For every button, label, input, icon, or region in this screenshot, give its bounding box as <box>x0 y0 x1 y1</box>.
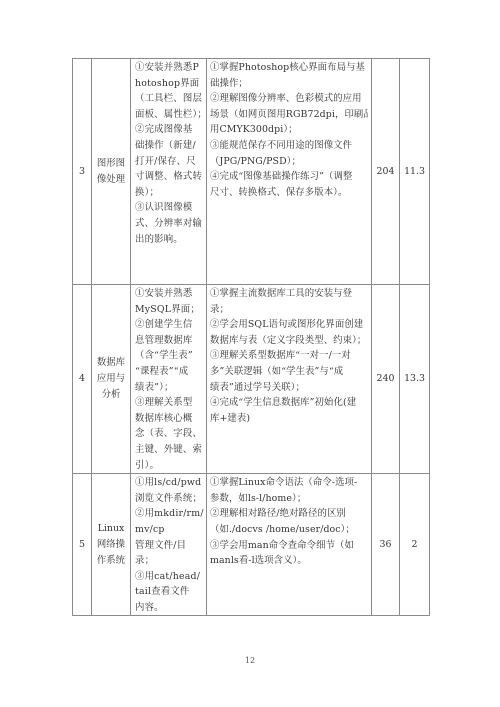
percent-cell: 11.3 <box>400 59 430 285</box>
text-line: 网络操 <box>96 537 126 553</box>
text-line: ①掌握Photoshop核心界面布局与基 <box>210 60 368 76</box>
text-line: 内容。 <box>135 600 204 616</box>
text-line: 参数，如ls-l/home）； <box>210 491 368 507</box>
row-number: 5 <box>79 539 85 550</box>
text-line: ③认识图像模 <box>135 200 204 216</box>
text-line: Linux <box>96 521 126 537</box>
hours-value: 204 <box>377 166 395 177</box>
text-line: 绩表”）； <box>135 380 204 396</box>
text-line: 换）； <box>135 185 204 201</box>
module-content: ①安装并熟悉Photoshop界面（工具栏、图层面板、属性栏）；②完成图像基础操… <box>131 59 206 247</box>
text-line: ③理解关系型数据库“一对一/一对 <box>210 348 368 364</box>
text-line: ②创建学生信 <box>135 317 204 333</box>
text-line: ②完成图像基 <box>135 122 204 138</box>
text-line: hotoshop界面 <box>135 76 204 92</box>
text-line: 作系统 <box>96 553 126 569</box>
row-number-cell: 4 <box>73 285 92 474</box>
goal-cell: ①掌握主流数据库工具的安装与登录；②学会用SQL语句或图形化界面创建数据库与表（… <box>207 285 372 474</box>
text-line: 数据库核心概 <box>135 411 204 427</box>
text-line: 引）。 <box>135 458 204 474</box>
text-line: 面板、属性栏）； <box>135 107 204 123</box>
text-line: 分析 <box>96 387 126 403</box>
text-line: 录； <box>135 553 204 569</box>
module-name: 图形图像处理 <box>96 156 126 188</box>
text-line: （含“学生表” <box>135 348 204 364</box>
module-name-cell: Linux网络操作系统 <box>92 474 131 616</box>
percent-value: 2 <box>412 539 418 550</box>
module-name-cell: 数据库应用与分析 <box>92 285 131 474</box>
table-row: 3 图形图像处理 ①安装并熟悉Photoshop界面（工具栏、图层面板、属性栏）… <box>73 59 430 285</box>
text-line: ②理解相对路径/绝对路径的区别 <box>210 506 368 522</box>
module-goals: ①掌握主流数据库工具的安装与登录；②学会用SQL语句或图形化界面创建数据库与表（… <box>207 285 371 426</box>
text-line: 主键、外键、索 <box>135 442 204 458</box>
row-number-cell: 3 <box>73 59 92 285</box>
text-line: 数据库与表（定义字段类型、约束）； <box>210 333 368 349</box>
text-line: 打开/保存、尺 <box>135 154 204 170</box>
text-line: ①用ls/cd/pwd <box>135 475 204 491</box>
text-line: 用CMYK300dpi）； <box>210 122 368 138</box>
hours-value: 36 <box>380 539 392 550</box>
text-line: 念（表、字段、 <box>135 426 204 442</box>
text-line: 绩表”通过学号关联）； <box>210 380 368 396</box>
text-line: 数据库 <box>96 355 126 371</box>
text-line: ③理解关系型 <box>135 395 204 411</box>
percent-value: 11.3 <box>404 166 425 177</box>
module-goals: ①掌握Photoshop核心界面布局与基础操作；②理解图像分辨率、色彩模式的应用… <box>207 59 371 200</box>
content-cell: ①安装并熟悉MySQL界面；②创建学生信息管理数据库（含“学生表”“课程表”“成… <box>131 285 207 474</box>
goal-cell: ①掌握Photoshop核心界面布局与基础操作；②理解图像分辨率、色彩模式的应用… <box>207 59 372 285</box>
table-row: 5 Linux网络操作系统 ①用ls/cd/pwd浏览文件系统；②用mkdir/… <box>73 474 430 616</box>
row-number: 4 <box>79 373 85 384</box>
text-line: 库+建表) <box>210 411 368 427</box>
text-line: ③能规范保存不同用途的图像文件 <box>210 138 368 154</box>
page-number: 12 <box>0 656 500 665</box>
text-line: ①掌握主流数据库工具的安装与登 <box>210 286 368 302</box>
text-line: 浏览文件系统； <box>135 491 204 507</box>
text-line: 础操作（新建/ <box>135 138 204 154</box>
percent-cell: 2 <box>400 474 430 616</box>
text-line: 式、分辨率对输 <box>135 216 204 232</box>
module-content: ①安装并熟悉MySQL界面；②创建学生信息管理数据库（含“学生表”“课程表”“成… <box>131 285 206 473</box>
text-line: tail查看文件 <box>135 584 204 600</box>
module-name-cell: 图形图像处理 <box>92 59 131 285</box>
curriculum-table: 3 图形图像处理 ①安装并熟悉Photoshop界面（工具栏、图层面板、属性栏）… <box>72 58 430 616</box>
text-line: （JPG/PNG/PSD）； <box>210 154 368 170</box>
hours-cell: 204 <box>372 59 400 285</box>
text-line: ④完成“学生信息数据库”初始化(建 <box>210 395 368 411</box>
hours-cell: 36 <box>372 474 400 616</box>
document-page: 3 图形图像处理 ①安装并熟悉Photoshop界面（工具栏、图层面板、属性栏）… <box>0 0 500 707</box>
text-line: 录； <box>210 302 368 318</box>
text-line: ③学会用man命令查命令细节（如 <box>210 538 368 554</box>
percent-value: 13.3 <box>404 373 425 384</box>
text-line: 场景（如网页图用RGB72dpi，印刷品 <box>210 107 368 123</box>
percent-cell: 13.3 <box>400 285 430 474</box>
text-line: 寸调整、格式转 <box>135 169 204 185</box>
text-line: “课程表”“成 <box>135 364 204 380</box>
text-line: 图形图 <box>96 156 126 172</box>
hours-value: 240 <box>377 373 395 384</box>
curriculum-table-body: 3 图形图像处理 ①安装并熟悉Photoshop界面（工具栏、图层面板、属性栏）… <box>73 59 430 616</box>
module-name: Linux网络操作系统 <box>96 521 126 569</box>
text-line: ②用mkdir/rm/ <box>135 506 204 522</box>
text-line: ③用cat/head/ <box>135 569 204 585</box>
text-line: 像处理 <box>96 172 126 188</box>
module-goals: ①掌握Linux命令语法（命令-选项-参数，如ls-l/home）；②理解相对路… <box>207 474 371 569</box>
text-line: MySQL界面； <box>135 302 204 318</box>
text-line: manls看-l选项含义）。 <box>210 553 368 569</box>
text-line: ①安装并熟悉P <box>135 60 204 76</box>
module-name: 数据库应用与分析 <box>96 355 126 403</box>
hours-cell: 240 <box>372 285 400 474</box>
text-line: （工具栏、图层 <box>135 91 204 107</box>
text-line: ①安装并熟悉 <box>135 286 204 302</box>
text-line: （如./docvs /home/user/doc）； <box>210 522 368 538</box>
text-line: 出的影响。 <box>135 232 204 248</box>
goal-cell: ①掌握Linux命令语法（命令-选项-参数，如ls-l/home）；②理解相对路… <box>207 474 372 616</box>
row-number: 3 <box>79 166 85 177</box>
text-line: mv/cp <box>135 522 204 538</box>
content-cell: ①安装并熟悉Photoshop界面（工具栏、图层面板、属性栏）；②完成图像基础操… <box>131 59 207 285</box>
module-content: ①用ls/cd/pwd浏览文件系统；②用mkdir/rm/mv/cp管理文件/目… <box>131 474 206 615</box>
text-line: 管理文件/目 <box>135 538 204 554</box>
text-line: 息管理数据库 <box>135 333 204 349</box>
text-line: ④完成“图像基础操作练习”（调整 <box>210 169 368 185</box>
table-row: 4 数据库应用与分析 ①安装并熟悉MySQL界面；②创建学生信息管理数据库（含“… <box>73 285 430 474</box>
text-line: 多”关联逻辑（如“学生表”与“成 <box>210 364 368 380</box>
text-line: ②理解图像分辨率、色彩模式的应用 <box>210 91 368 107</box>
text-line: 础操作； <box>210 76 368 92</box>
content-cell: ①用ls/cd/pwd浏览文件系统；②用mkdir/rm/mv/cp管理文件/目… <box>131 474 207 616</box>
text-line: ②学会用SQL语句或图形化界面创建 <box>210 317 368 333</box>
text-line: 尺寸、转换格式、保存多版本）。 <box>210 185 368 201</box>
text-line: 应用与 <box>96 371 126 387</box>
row-number-cell: 5 <box>73 474 92 616</box>
text-line: ①掌握Linux命令语法（命令-选项- <box>210 475 368 491</box>
